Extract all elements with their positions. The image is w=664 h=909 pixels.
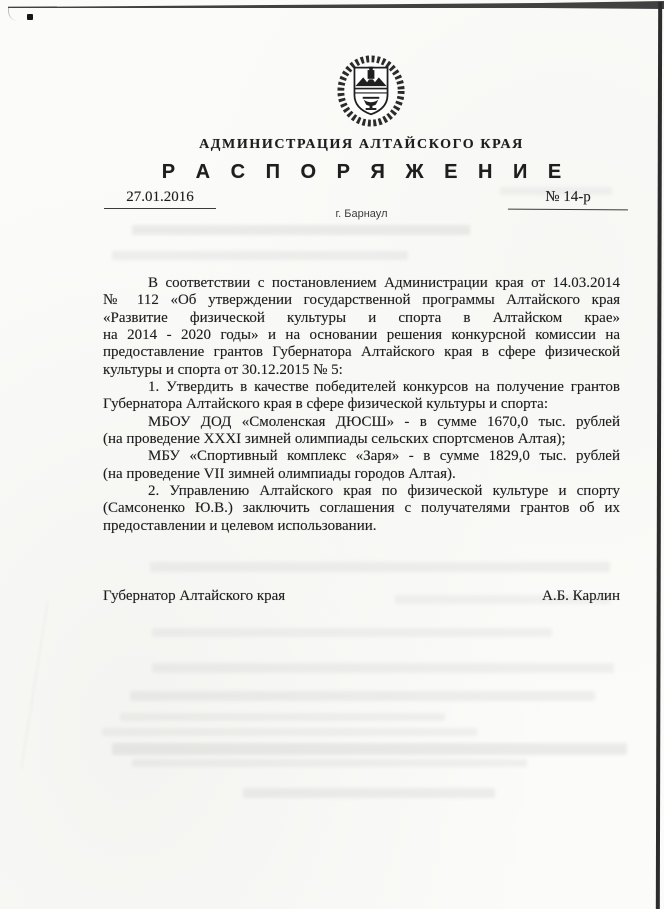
document-type-title: Р А С П О Р Я Ж Е Н И Е bbox=[103, 161, 620, 184]
body-line: «Развитие физической культуры и спорта в… bbox=[103, 310, 620, 327]
body-line: (Самсоненко Ю.В.) заключить соглашения с… bbox=[103, 500, 620, 517]
signature-block: Губернатор Алтайского края А.Б. Карлин bbox=[103, 588, 620, 605]
body-line: культуры и спорта от 30.12.2015 № 5: bbox=[103, 362, 620, 379]
body-line: Губернатора Алтайского края в сфере физи… bbox=[103, 396, 620, 413]
bleed-through-text bbox=[120, 713, 445, 721]
bleed-through-text bbox=[112, 251, 408, 260]
scan-edge-top bbox=[0, 0, 664, 12]
bleed-through-text bbox=[112, 743, 627, 755]
body-line: (на проведение XXXI зимней олимпиады сел… bbox=[103, 431, 620, 448]
bleed-through-text bbox=[152, 663, 614, 673]
bleed-through-text bbox=[150, 562, 610, 572]
bleed-through-text bbox=[243, 788, 495, 798]
document-city: г. Барнаул bbox=[103, 208, 620, 220]
document-header: АДМИНИСТРАЦИЯ АЛТАЙСКОГО КРАЯ Р А С П О … bbox=[103, 55, 620, 184]
body-line: на 2014 - 2020 годы» и на основании реше… bbox=[103, 327, 620, 344]
ink-dot-artifact bbox=[27, 14, 33, 20]
organization-name: АДМИНИСТРАЦИЯ АЛТАЙСКОГО КРАЯ bbox=[103, 137, 620, 153]
body-line: предоставление грантов Губернатора Алтай… bbox=[103, 344, 620, 361]
document-date: 27.01.2016 bbox=[104, 189, 216, 209]
document-body: В соответствии с постановлением Админист… bbox=[103, 275, 620, 535]
body-line: 1. Утвердить в качестве победителей конк… bbox=[103, 379, 620, 396]
body-line: предоставлении и целевом использовании. bbox=[103, 518, 620, 535]
scan-edge-right bbox=[656, 2, 662, 909]
signer-name: А.Б. Карлин bbox=[542, 588, 620, 605]
body-line: № 112 «Об утверждении государственной пр… bbox=[103, 292, 620, 309]
bleed-through-text bbox=[132, 759, 527, 767]
altai-krai-coat-of-arms-icon bbox=[332, 55, 410, 127]
bleed-through-text bbox=[152, 628, 552, 637]
body-line: (на проведение VII зимней олимпиады горо… bbox=[103, 466, 620, 483]
body-line: В соответствии с постановлением Админист… bbox=[103, 275, 620, 292]
body-line: МБОУ ДОД «Смоленская ДЮСШ» - в сумме 167… bbox=[103, 414, 620, 431]
scanned-document-page: АДМИНИСТРАЦИЯ АЛТАЙСКОГО КРАЯ Р А С П О … bbox=[0, 0, 664, 909]
bleed-through-text bbox=[130, 691, 595, 701]
body-line: МБУ «Спортивный комплекс «Заря» - в сумм… bbox=[103, 448, 620, 465]
signer-title: Губернатор Алтайского края bbox=[103, 588, 285, 605]
bleed-through-text bbox=[132, 225, 470, 235]
bleed-through-text bbox=[102, 728, 477, 736]
paper-crease bbox=[21, 601, 49, 769]
body-line: 2. Управлению Алтайского края по физичес… bbox=[103, 483, 620, 500]
